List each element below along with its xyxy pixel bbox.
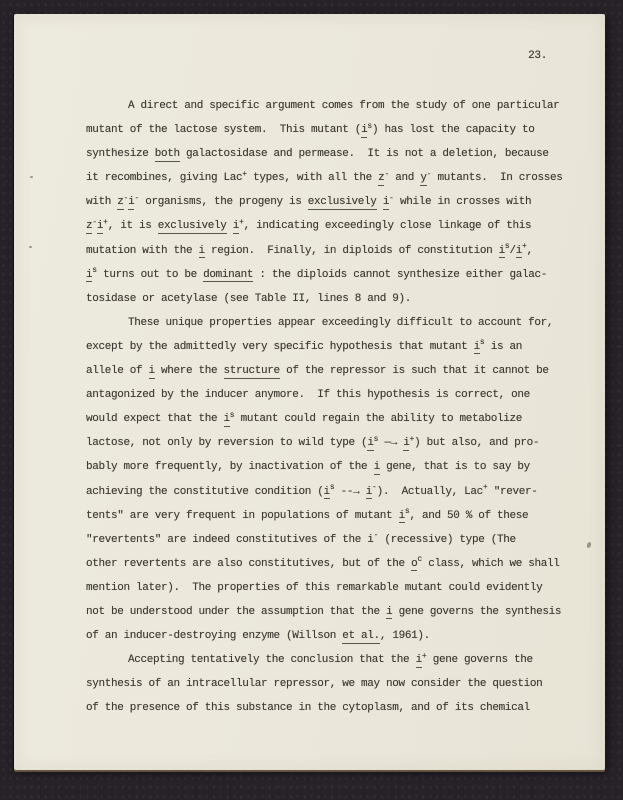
scan-speck-icon: [29, 246, 32, 248]
text-line: not be understood under the assumption t…: [86, 600, 585, 624]
text-line: of an inducer-destroying enzyme (Willson…: [86, 624, 585, 648]
scan-artifact-mark: [586, 541, 592, 548]
text-line: lactose, not only by reversion to wild t…: [86, 431, 585, 455]
scan-speck-icon: [30, 176, 33, 178]
paper-page: 23. A direct and specific argument comes…: [14, 14, 605, 770]
text-line: synthesis of an intracellular repressor,…: [86, 672, 585, 696]
scan-smudge: [110, 148, 117, 153]
text-line: tents" are very frequent in populations …: [86, 504, 585, 528]
text-line: allele of i where the structure of the r…: [86, 359, 585, 383]
text-line: other revertents are also constitutives,…: [86, 552, 585, 576]
text-line: A direct and specific argument comes fro…: [86, 94, 585, 118]
text-line: mention later). The properties of this r…: [86, 576, 585, 600]
text-line: These unique properties appear exceeding…: [86, 311, 585, 335]
text-line: mutant of the lactose system. This mutan…: [86, 118, 585, 142]
text-line: it recombines, giving Lac+ types, with a…: [86, 166, 585, 190]
text-line: is turns out to be dominant : the diploi…: [86, 263, 585, 287]
text-line: z-i+, it is exclusively i+, indicating e…: [86, 214, 585, 238]
text-line: would expect that the is mutant could re…: [86, 407, 585, 431]
text-line: except by the admittedly very specific h…: [86, 335, 585, 359]
typed-text: A direct and specific argument comes fro…: [86, 94, 585, 720]
text-line: achieving the constitutive condition (is…: [86, 480, 585, 504]
text-line: bably more frequently, by inactivation o…: [86, 455, 585, 479]
text-line: "revertents" are indeed constitutives of…: [86, 528, 585, 552]
text-line: antagonized by the inducer anymore. If t…: [86, 383, 585, 407]
text-line: tosidase or acetylase (see Table II, lin…: [86, 287, 585, 311]
text-line: of the presence of this substance in the…: [86, 696, 585, 720]
text-line: with z-i- organisms, the progeny is excl…: [86, 190, 585, 214]
text-line: Accepting tentatively the conclusion tha…: [86, 648, 585, 672]
text-line: mutation with the i region. Finally, in …: [86, 239, 585, 263]
scanned-page-background: 23. A direct and specific argument comes…: [0, 0, 623, 800]
page-number: 23.: [528, 50, 547, 62]
text-line: synthesize both galactosidase and permea…: [86, 142, 585, 166]
